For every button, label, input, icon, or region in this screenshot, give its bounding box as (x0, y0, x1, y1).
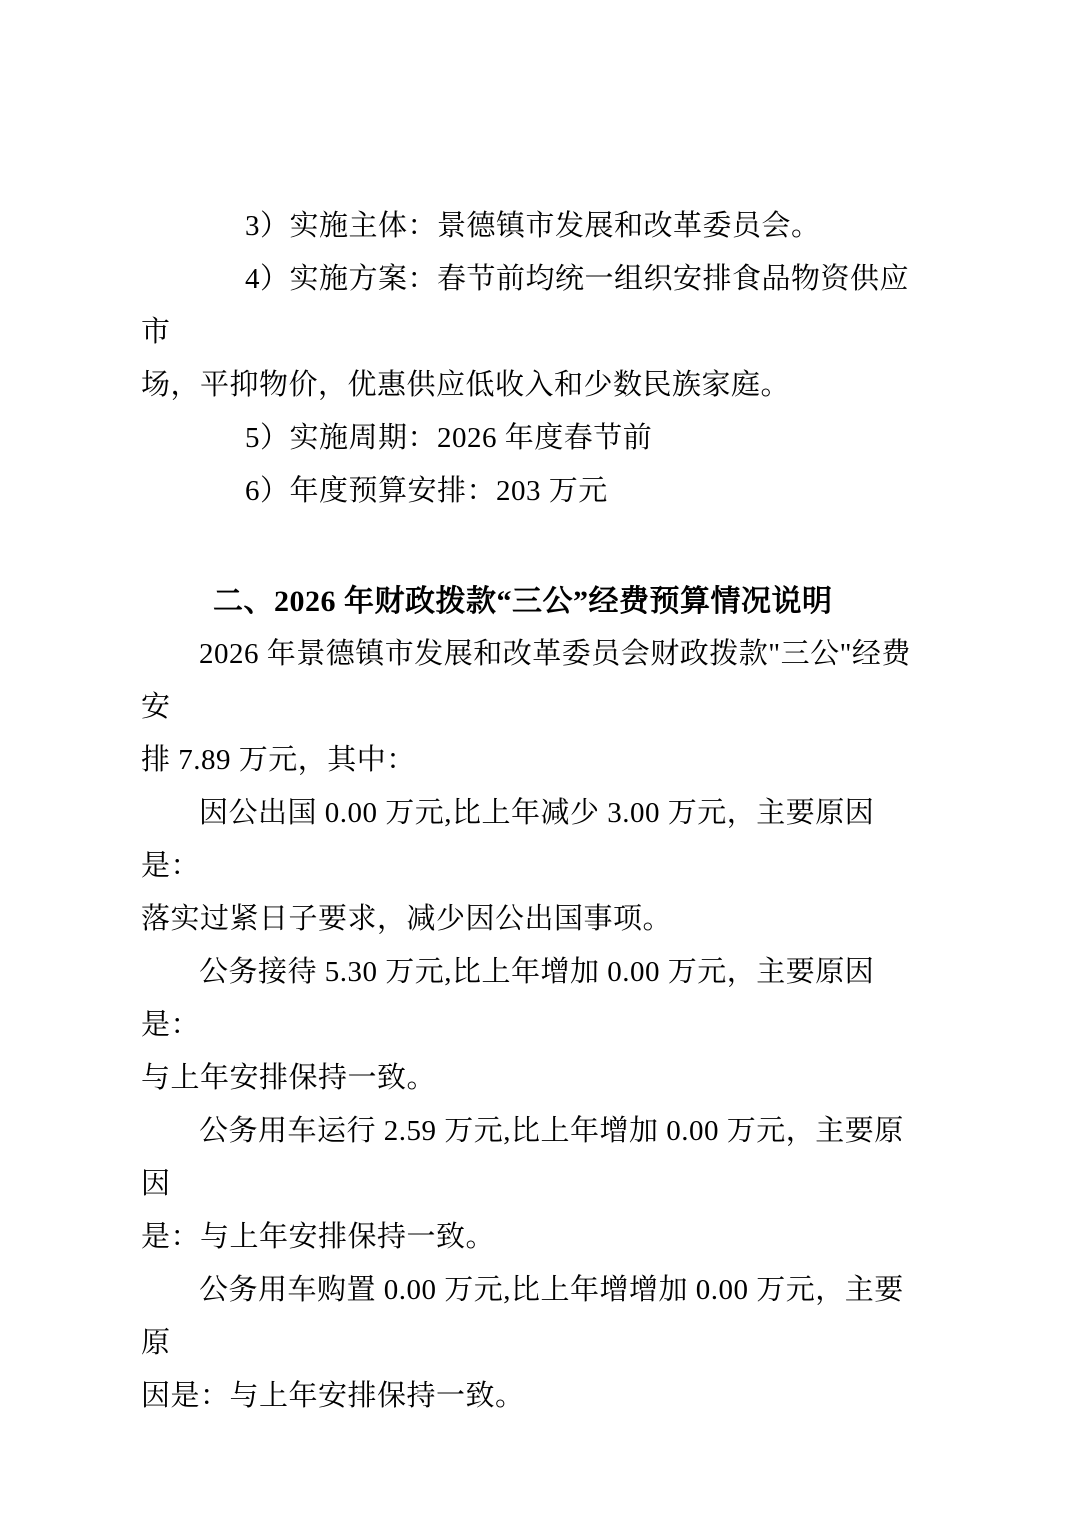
document-page: 3）实施主体：景德镇市发展和改革委员会。 4）实施方案：春节前均统一组织安排食品… (0, 0, 1074, 1520)
paragraph-overseas-trips: 因公出国 0.00 万元,比上年减少 3.00 万元，主要原因是： 落实过紧日子… (141, 787, 930, 946)
list-item-6-annual-budget: 6）年度预算安排：203 万元 (141, 465, 930, 518)
list-item-3-implementing-body: 3）实施主体：景德镇市发展和改革委员会。 (141, 200, 930, 253)
paragraph-sangong-total: 2026 年景德镇市发展和改革委员会财政拨款"三公"经费安 排 7.89 万元，… (141, 628, 930, 787)
list-item-4-implementation-plan: 4）实施方案：春节前均统一组织安排食品物资供应市 场，平抑物价，优惠供应低收入和… (141, 253, 930, 412)
list-item-5-implementation-period: 5）实施周期：2026 年度春节前 (141, 412, 930, 465)
paragraph-vehicle-operation: 公务用车运行 2.59 万元,比上年增加 0.00 万元，主要原因 是：与上年安… (141, 1105, 930, 1264)
paragraph-official-reception: 公务接待 5.30 万元,比上年增加 0.00 万元，主要原因是： 与上年安排保… (141, 946, 930, 1105)
section-heading-sangong-budget: 二、2026 年财政拨款“三公”经费预算情况说明 (141, 575, 930, 628)
paragraph-vehicle-purchase: 公务用车购置 0.00 万元,比上年增增加 0.00 万元，主要原 因是：与上年… (141, 1264, 930, 1423)
document-content: 3）实施主体：景德镇市发展和改革委员会。 4）实施方案：春节前均统一组织安排食品… (141, 200, 930, 1423)
